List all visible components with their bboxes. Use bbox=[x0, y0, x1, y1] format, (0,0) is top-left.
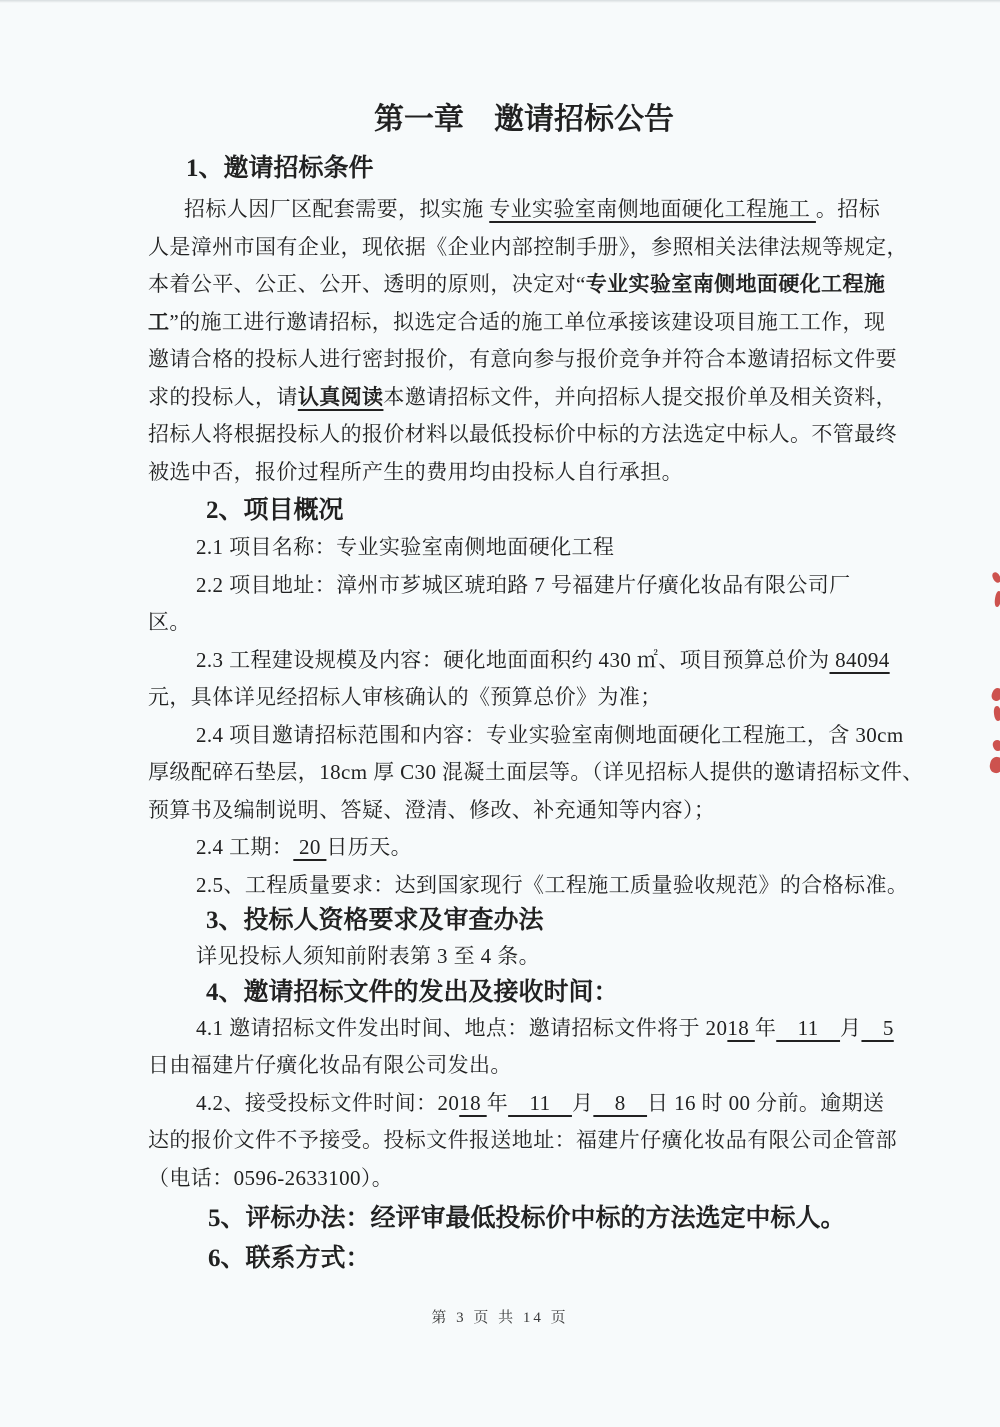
paragraph-line: 招标人将根据投标人的报价材料以最低投标价中标的方法选定中标人。不管最终 bbox=[148, 416, 900, 454]
text-run: 招标人因厂区配套需要，拟实施 bbox=[184, 197, 489, 221]
underlined-day: 5 bbox=[861, 1016, 893, 1040]
section-5-heading: 5、评标办法：经评审最低投标价中标的方法选定中标人。 bbox=[148, 1200, 900, 1238]
underlined-project-name: 专业实验室南侧地面硬化工程施工 bbox=[489, 197, 816, 221]
item-2-2-continued: 区。 bbox=[148, 604, 900, 642]
underlined-duration-days: 20 bbox=[293, 835, 326, 859]
paragraph-line: 本着公平、公正、公开、透明的原则，决定对“专业实验室南侧地面硬化工程施 bbox=[148, 266, 900, 304]
text-run: ”的施工进行邀请招标，拟选定合适的施工单位承接该建设项目施工工作，现 bbox=[169, 310, 885, 334]
text-run: 本邀请招标文件，并向招标人提交报价单及相关资料， bbox=[383, 385, 897, 409]
red-ink-mark bbox=[994, 591, 1000, 608]
page-number-footer: 第 3 页 共 14 页 bbox=[0, 1306, 1000, 1327]
item-4-2-continued: 达的报价文件不予接受。投标文件报送地址：福建片仔癀化妆品有限公司企管部 bbox=[148, 1122, 900, 1160]
red-ink-mark bbox=[993, 706, 1000, 722]
text-run: 年 bbox=[755, 1016, 776, 1040]
section-4-heading: 4、邀请招标文件的发出及接收时间： bbox=[148, 976, 900, 1010]
underlined-month: 11 bbox=[508, 1091, 572, 1115]
text-run: 月 bbox=[840, 1016, 861, 1040]
section-1-heading: 1、邀请招标条件 bbox=[148, 151, 900, 187]
section-3-body: 详见投标人须知前附表第 3 至 4 条。 bbox=[148, 938, 900, 976]
bold-project-name: 工 bbox=[148, 310, 169, 334]
item-4-1: 4.1 邀请招标文件发出时间、地点：邀请招标文件将于 2018 年 11 月 5 bbox=[148, 1010, 900, 1048]
item-2-1: 2.1 项目名称：专业实验室南侧地面硬化工程 bbox=[148, 529, 900, 567]
underlined-day: 8 bbox=[593, 1091, 647, 1115]
bold-project-name: 专业实验室南侧地面硬化工程施 bbox=[586, 272, 886, 296]
section-3-heading: 3、投标人资格要求及审查办法 bbox=[148, 904, 900, 938]
scanned-document-page: { "page": { "bg_color": "#f7fafb", "ink_… bbox=[0, 0, 1000, 1427]
text-run: 求的投标人，请 bbox=[148, 385, 298, 409]
page-title: 第一章 邀请招标公告 bbox=[148, 101, 900, 139]
text-run: 。招标 bbox=[816, 197, 880, 221]
paragraph-line: 招标人因厂区配套需要，拟实施 专业实验室南侧地面硬化工程施工 。招标 bbox=[148, 191, 900, 229]
text-run: 年 bbox=[487, 1091, 508, 1115]
text-run: 日历天。 bbox=[326, 835, 412, 859]
text-run: 日 16 时 00 分前。逾期送 bbox=[647, 1091, 884, 1115]
emphasized-read-carefully: 认真阅读 bbox=[298, 385, 384, 409]
section-6-heading: 6、联系方式： bbox=[148, 1240, 900, 1278]
text-run: 本着公平、公正、公开、透明的原则，决定对“ bbox=[148, 272, 586, 296]
underlined-month: 11 bbox=[776, 1016, 840, 1040]
text-run: 4.2、接受投标文件时间：20 bbox=[196, 1091, 459, 1115]
text-run: 2.3 工程建设规模及内容：硬化地面面积约 430 ㎡、项目预算总价为 bbox=[196, 648, 830, 672]
red-ink-mark bbox=[988, 756, 1000, 774]
underlined-year: 18 bbox=[459, 1091, 486, 1115]
underlined-budget-amount: 84094 bbox=[830, 648, 890, 672]
item-2-2: 2.2 项目地址：漳州市芗城区琥珀路 7 号福建片仔癀化妆品有限公司厂 bbox=[148, 567, 900, 605]
paragraph-line: 求的投标人，请认真阅读本邀请招标文件，并向招标人提交报价单及相关资料， bbox=[148, 379, 900, 417]
section-2-heading: 2、项目概况 bbox=[148, 493, 900, 529]
document-body: 第一章 邀请招标公告 1、邀请招标条件 招标人因厂区配套需要，拟实施 专业实验室… bbox=[148, 101, 900, 1278]
paragraph-line: 人是漳州市国有企业，现依据《企业内部控制手册》，参照相关法律法规等规定， bbox=[148, 229, 900, 267]
red-ink-mark bbox=[991, 571, 1000, 584]
red-ink-mark bbox=[992, 739, 1000, 752]
item-4-2-phone: （电话：0596-2633100）。 bbox=[148, 1160, 900, 1198]
underlined-year: 18 bbox=[727, 1016, 754, 1040]
item-4-1-continued: 日由福建片仔癀化妆品有限公司发出。 bbox=[148, 1047, 900, 1085]
item-4-2: 4.2、接受投标文件时间：2018 年 11 月 8 日 16 时 00 分前。… bbox=[148, 1085, 900, 1123]
item-2-4-continued: 预算书及编制说明、答疑、澄清、修改、补充通知等内容）； bbox=[148, 792, 900, 830]
item-2-3-continued: 元，具体详见经招标人审核确认的《预算总价》为准； bbox=[148, 679, 900, 717]
red-ink-mark bbox=[990, 687, 1000, 703]
text-run: 4.1 邀请招标文件发出时间、地点：邀请招标文件将于 20 bbox=[196, 1016, 727, 1040]
item-2-3: 2.3 工程建设规模及内容：硬化地面面积约 430 ㎡、项目预算总价为 8409… bbox=[148, 642, 900, 680]
item-2-5: 2.5、工程质量要求：达到国家现行《工程施工质量验收规范》的合格标准。 bbox=[148, 867, 900, 905]
paragraph-line: 工”的施工进行邀请招标，拟选定合适的施工单位承接该建设项目施工工作，现 bbox=[148, 304, 900, 342]
text-run: 2.4 工期： bbox=[196, 835, 293, 859]
item-2-4-duration: 2.4 工期： 20 日历天。 bbox=[148, 829, 900, 867]
paragraph-line: 邀请合格的投标人进行密封报价，有意向参与报价竞争并符合本邀请招标文件要 bbox=[148, 341, 900, 379]
item-2-4: 2.4 项目邀请招标范围和内容：专业实验室南侧地面硬化工程施工，含 30cm bbox=[148, 717, 900, 755]
text-run: 月 bbox=[572, 1091, 593, 1115]
paragraph-line: 被选中否，报价过程所产生的费用均由投标人自行承担。 bbox=[148, 454, 900, 492]
item-2-4-continued: 厚级配碎石垫层，18cm 厚 C30 混凝土面层等。（详见招标人提供的邀请招标文… bbox=[148, 754, 900, 792]
